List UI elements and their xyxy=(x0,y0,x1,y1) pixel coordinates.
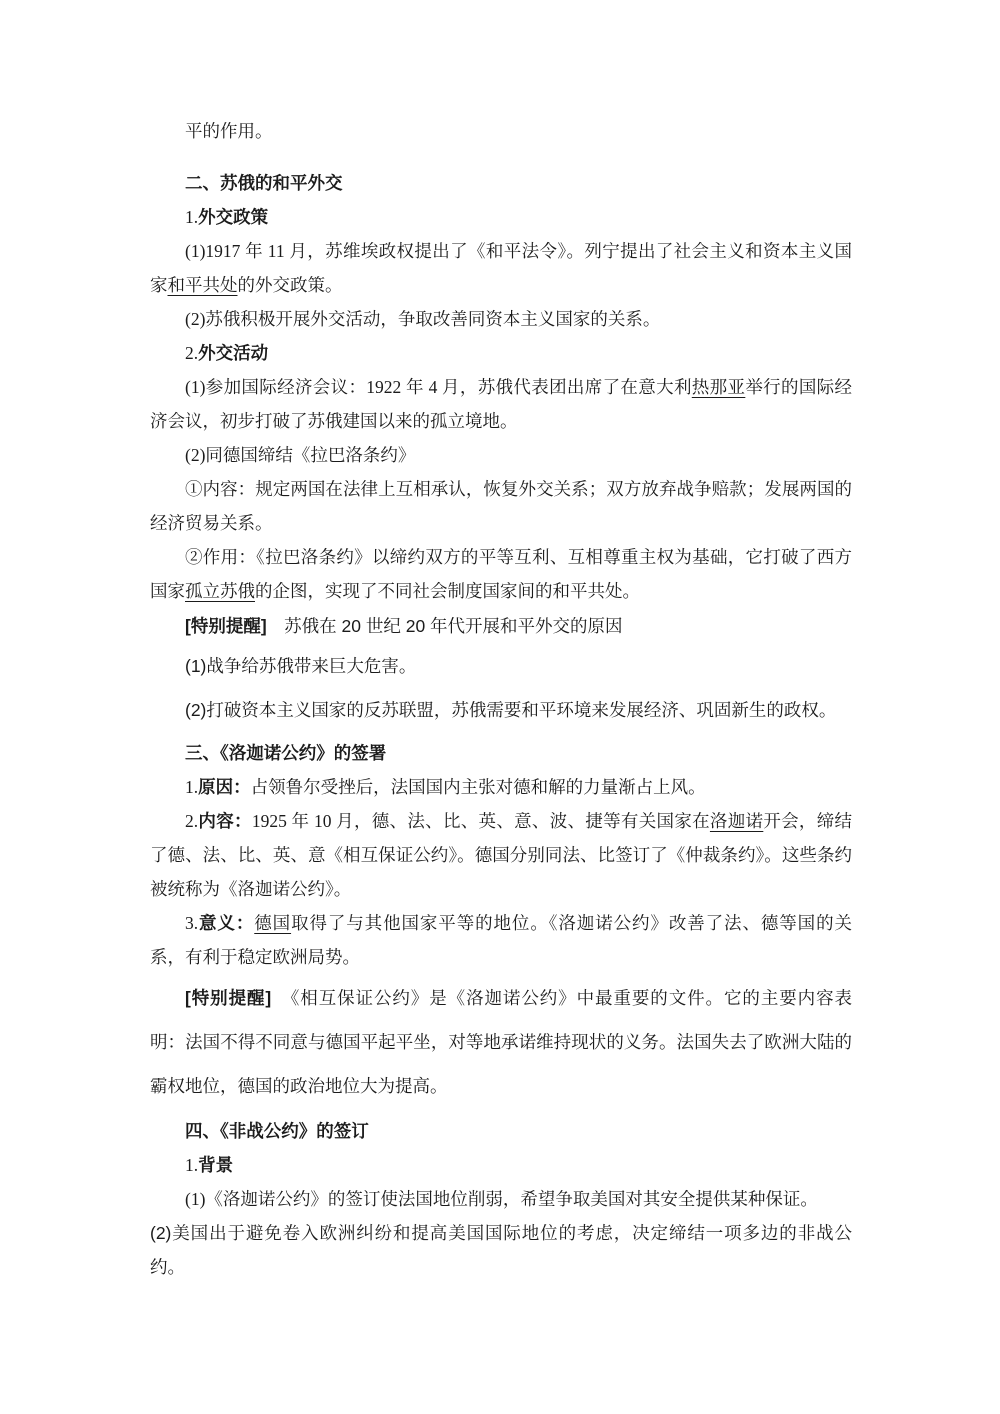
paragraph: (1)参加国际经济会议：1922 年 4 月，苏俄代表团出席了在意大利热那亚举行… xyxy=(150,370,852,438)
paragraph-no-indent: (2)美国出于避免卷入欧洲纠纷和提高美国国际地位的考虑，决定缔结一项多边的非战公… xyxy=(150,1216,852,1284)
subheading-foreign-activities: 2.外交活动 xyxy=(150,336,852,370)
subheading-text: 背景 xyxy=(198,1155,233,1175)
list-number: 1. xyxy=(185,777,198,797)
paragraph-continuation: 平的作用。 xyxy=(150,114,852,148)
text-segment: 的外交政策。 xyxy=(238,275,343,295)
underlined-term: 和平共处 xyxy=(168,275,238,295)
special-note-item: (2)打破资本主义国家的反苏联盟，苏俄需要和平环境来发展经济、巩固新生的政权。 xyxy=(150,688,852,732)
list-number: 1. xyxy=(185,1155,198,1175)
underlined-term: 热那亚 xyxy=(692,377,746,397)
special-note-heading: [特别提醒] 苏俄在 20 世纪 20 年代开展和平外交的原因 xyxy=(150,608,852,644)
text-segment: 的企图，实现了不同社会制度国家间的和平共处。 xyxy=(255,581,640,601)
special-note-label: [特别提醒] xyxy=(185,616,267,636)
paragraph: ②作用：《拉巴洛条约》以缔约双方的平等互利、互相尊重主权为基础，它打破了西方国家… xyxy=(150,540,852,608)
heading-text: 三、《洛迦诺公约》的签署 xyxy=(185,743,386,763)
special-note-text: 苏俄在 20 世纪 20 年代开展和平外交的原因 xyxy=(267,616,623,636)
heading-text: 四、《非战公约》的签订 xyxy=(185,1121,369,1141)
text-segment: 占领鲁尔受挫后，法国国内主张对德和解的力量渐占上风。 xyxy=(251,777,706,797)
list-number: 2. xyxy=(185,811,198,831)
paragraph: (2)苏俄积极开展外交活动，争取改善同资本主义国家的关系。 xyxy=(150,302,852,336)
subheading-text: 外交活动 xyxy=(198,343,268,363)
document-content: 平的作用。 二、苏俄的和平外交 1.外交政策 (1)1917 年 11 月，苏维… xyxy=(150,114,852,1284)
text-segment: (2)美国出于避免卷入欧洲纠纷和提高美国国际地位的考虑，决定缔结一项多边的非战公… xyxy=(150,1223,852,1277)
underlined-term: 德国 xyxy=(254,913,291,933)
special-note-paragraph: [特别提醒] 《相互保证公约》是《洛迦诺公约》中最重要的文件。它的主要内容表明：… xyxy=(150,976,852,1108)
heading-text: 二、苏俄的和平外交 xyxy=(185,173,343,193)
text-segment: ①内容：规定两国在法律上互相承认，恢复外交关系；双方放弃战争赔款；发展两国的经济… xyxy=(150,479,852,533)
paragraph: (1)《洛迦诺公约》的签订使法国地位削弱，希望争取美国对其安全提供某种保证。 xyxy=(150,1182,852,1216)
inline-label: 意义： xyxy=(198,913,254,933)
text-segment: 平的作用。 xyxy=(185,121,273,141)
section-heading-2: 二、苏俄的和平外交 xyxy=(150,166,852,200)
underlined-term: 洛迦诺 xyxy=(710,811,763,831)
paragraph-significance: 3.意义：德国取得了与其他国家平等的地位。《洛迦诺公约》改善了法、德等国的关系，… xyxy=(150,906,852,974)
list-number: 3. xyxy=(185,913,198,933)
list-number: 1. xyxy=(185,207,198,227)
subheading-background: 1.背景 xyxy=(150,1148,852,1182)
text-segment: (2)苏俄积极开展外交活动，争取改善同资本主义国家的关系。 xyxy=(185,309,660,329)
list-number: 2. xyxy=(185,343,198,363)
paragraph-content: 2.内容：1925 年 10 月，德、法、比、英、意、波、捷等有关国家在洛迦诺开… xyxy=(150,804,852,906)
subheading-foreign-policy: 1.外交政策 xyxy=(150,200,852,234)
section-heading-3: 三、《洛迦诺公约》的签署 xyxy=(150,736,852,770)
inline-label: 内容： xyxy=(198,811,252,831)
inline-label: 原因： xyxy=(198,777,251,797)
text-segment: (2)打破资本主义国家的反苏联盟，苏俄需要和平环境来发展经济、巩固新生的政权。 xyxy=(185,700,836,720)
section-heading-4: 四、《非战公约》的签订 xyxy=(150,1114,852,1148)
paragraph: (1)1917 年 11 月，苏维埃政权提出了《和平法令》。列宁提出了社会主义和… xyxy=(150,234,852,302)
special-note-label: [特别提醒] xyxy=(185,988,271,1008)
text-segment: 1925 年 10 月，德、法、比、英、意、波、捷等有关国家在 xyxy=(252,811,710,831)
special-note-item: (1)战争给苏俄带来巨大危害。 xyxy=(150,644,852,688)
text-segment: (1)《洛迦诺公约》的签订使法国地位削弱，希望争取美国对其安全提供某种保证。 xyxy=(185,1189,818,1209)
document-page: 平的作用。 二、苏俄的和平外交 1.外交政策 (1)1917 年 11 月，苏维… xyxy=(0,0,1000,1414)
paragraph: ①内容：规定两国在法律上互相承认，恢复外交关系；双方放弃战争赔款；发展两国的经济… xyxy=(150,472,852,540)
paragraph-reason: 1.原因：占领鲁尔受挫后，法国国内主张对德和解的力量渐占上风。 xyxy=(150,770,852,804)
text-segment: (1)战争给苏俄带来巨大危害。 xyxy=(185,656,416,676)
paragraph: (2)同德国缔结《拉巴洛条约》 xyxy=(150,438,852,472)
subheading-text: 外交政策 xyxy=(198,207,268,227)
underlined-term: 孤立苏俄 xyxy=(185,581,255,601)
text-segment: (1)参加国际经济会议：1922 年 4 月，苏俄代表团出席了在意大利 xyxy=(185,377,692,397)
text-segment: (2)同德国缔结《拉巴洛条约》 xyxy=(185,445,415,465)
